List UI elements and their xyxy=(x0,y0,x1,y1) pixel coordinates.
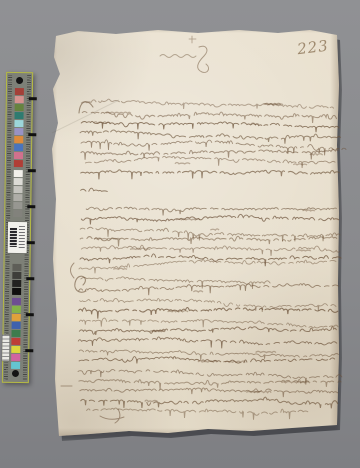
page-edge-shading-left xyxy=(50,27,57,437)
color-patch xyxy=(15,104,24,111)
color-patch xyxy=(13,210,22,217)
color-patch xyxy=(13,194,22,201)
color-patch xyxy=(13,186,22,193)
color-patch xyxy=(15,96,24,103)
grayscale-patches xyxy=(13,170,23,218)
color-patch xyxy=(14,178,23,185)
color-patch xyxy=(11,362,20,369)
color-patch xyxy=(11,346,20,353)
barcode-icon xyxy=(10,228,17,247)
calibration-barcode-label xyxy=(8,222,27,253)
color-patch xyxy=(13,202,22,209)
registration-dash xyxy=(26,313,34,316)
side-label xyxy=(2,335,9,361)
registration-dash xyxy=(27,205,35,208)
registration-dash xyxy=(29,97,37,100)
color-patch xyxy=(12,264,21,271)
color-patch xyxy=(12,280,21,287)
color-patch xyxy=(14,120,23,127)
color-patch xyxy=(15,112,24,119)
color-patch xyxy=(12,298,21,305)
color-patch xyxy=(14,170,23,177)
photo: 223 xyxy=(0,0,360,468)
color-patch xyxy=(14,160,23,167)
registration-dash xyxy=(28,169,36,172)
color-patch xyxy=(14,144,23,151)
page-edge-shading-top xyxy=(50,27,340,33)
color-patch xyxy=(14,136,23,143)
registration-dash xyxy=(26,277,34,280)
registration-dot-bottom xyxy=(12,370,19,377)
color-calibration-bar xyxy=(2,72,33,383)
dark-step-patches xyxy=(12,264,21,296)
color-patch xyxy=(11,338,20,345)
color-patch xyxy=(14,128,23,135)
registration-dash xyxy=(27,241,35,244)
color-patch xyxy=(11,330,20,337)
registration-dot-top xyxy=(16,77,23,84)
manuscript-page xyxy=(50,27,340,437)
color-patches-bottom xyxy=(11,298,21,370)
color-patch xyxy=(12,322,21,329)
color-patch xyxy=(15,88,24,95)
registration-dash xyxy=(28,133,36,136)
color-patch xyxy=(12,272,21,279)
color-patch xyxy=(14,152,23,159)
label-text-lines xyxy=(19,226,25,249)
color-patch xyxy=(12,306,21,313)
color-patch xyxy=(12,314,21,321)
color-patches-top xyxy=(14,88,24,168)
registration-dash xyxy=(25,349,33,352)
color-patch xyxy=(12,288,21,295)
color-patch xyxy=(11,354,20,361)
